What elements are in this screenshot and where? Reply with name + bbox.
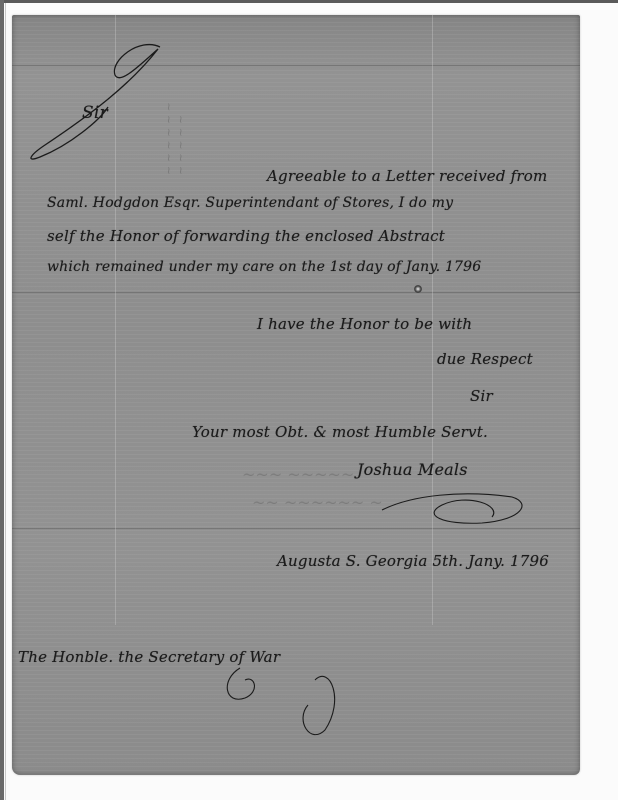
scan-frame-top (0, 0, 618, 3)
closing-line-3: Sir (470, 387, 493, 405)
salutation-flourish (20, 35, 170, 165)
salutation: Sir (82, 103, 108, 123)
place-date: Augusta S. Georgia 5th. Jany. 1796 (277, 552, 549, 570)
closing-line-1: I have the Honor to be with (257, 315, 472, 333)
signature-flourish (372, 485, 532, 530)
closing-line-2: due Respect (437, 350, 533, 368)
fold-line-middle (12, 292, 580, 294)
scan-frame-left (0, 0, 4, 800)
signature: Joshua Meals (357, 460, 468, 479)
scan-frame-left-inner (5, 3, 6, 800)
body-line-4: which remained under my care on the 1st … (47, 259, 481, 275)
body-line-1: Agreeable to a Letter received from (267, 167, 547, 185)
paper-damage-spot (414, 285, 422, 293)
bleed-through-signature: ~~ ~~~~~~ ~ (252, 493, 383, 512)
bleed-through-signature: ~~~ ~~~~~ (242, 465, 354, 484)
bleed-through-text: ~ ~ ~ ~ ~ (174, 115, 187, 175)
body-line-3: self the Honor of forwarding the enclose… (47, 227, 445, 245)
closing-line-4: Your most Obt. & most Humble Servt. (192, 423, 488, 441)
body-line-2: Saml. Hodgdon Esqr. Superintendant of St… (47, 195, 453, 211)
addressee-flourish (220, 660, 360, 740)
